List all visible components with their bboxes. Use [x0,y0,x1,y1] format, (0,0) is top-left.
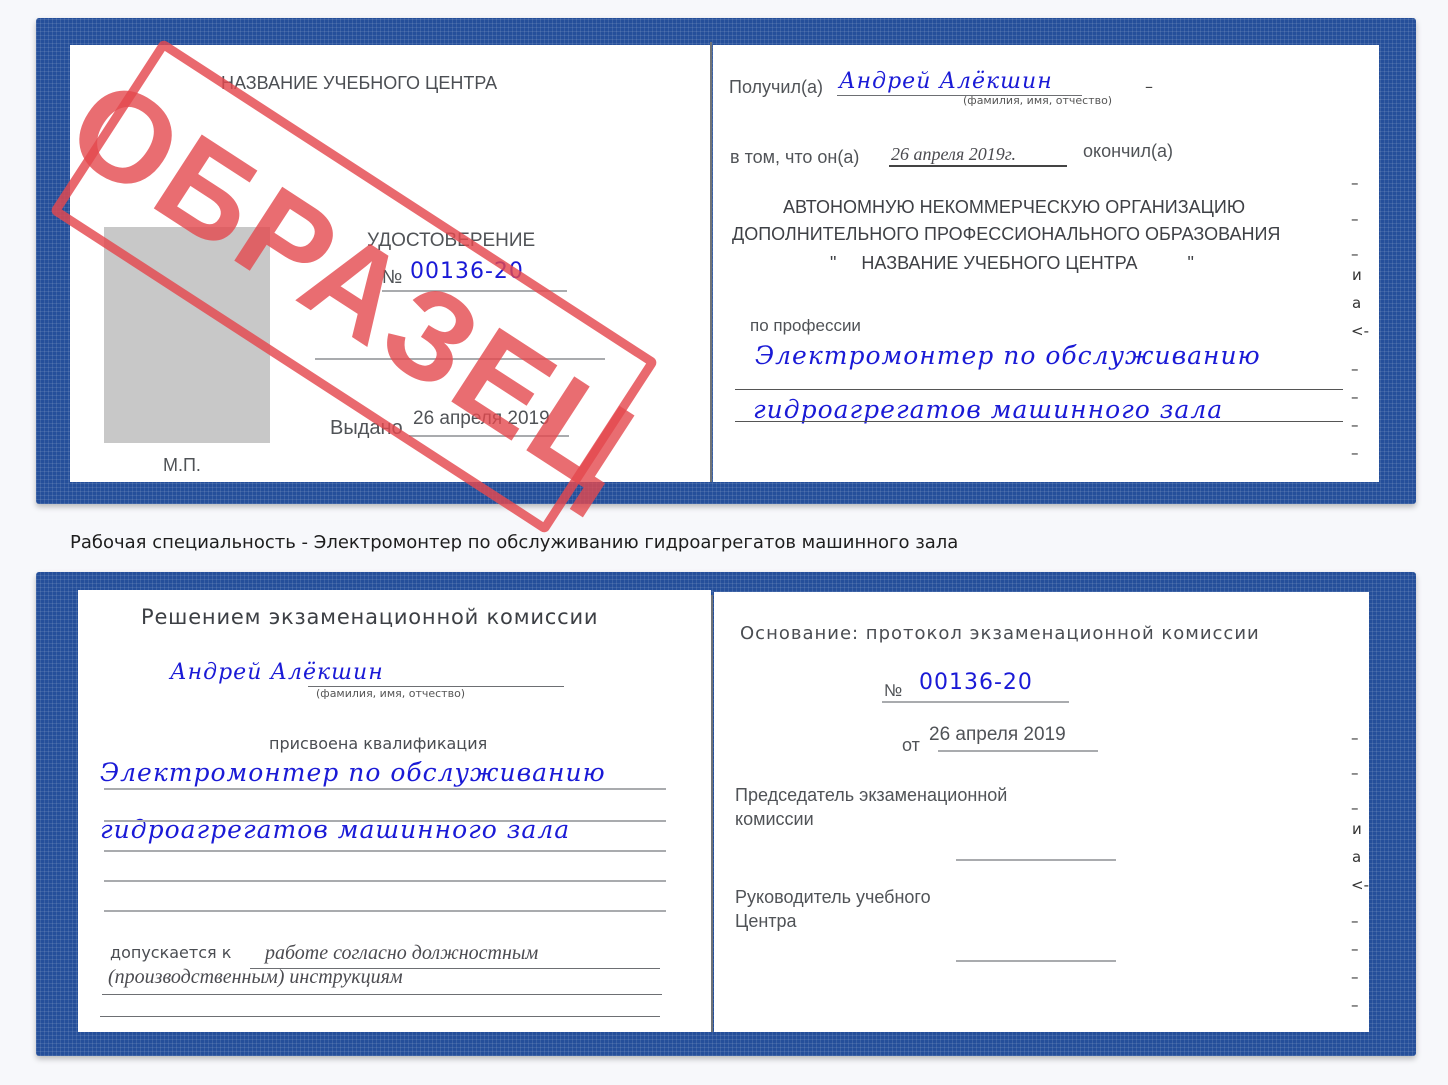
qualification-underline-2 [104,820,666,822]
blank-line-3 [104,910,666,912]
recipient-name: Андрей Алёкшин [839,69,1053,94]
top-left-page: НАЗВАНИЕ УЧЕБНОГО ЦЕНТРА УДОСТОВЕРЕНИЕ №… [70,45,711,482]
photo-placeholder [104,227,270,443]
name-hint: (фамилия, имя, отчество) [963,94,1112,107]
completed-suffix: окончил(а) [1083,141,1173,162]
edge-mark: – [1351,416,1359,434]
blank-underline [315,358,605,360]
edge-mark: <- [1351,322,1369,340]
issued-date: 26 апреля 2019 [413,408,550,430]
bottom-spine [711,595,713,1032]
protocol-date-underline [938,750,1098,752]
bottom-left-page: Решением экзаменационной комиссии Андрей… [78,590,711,1032]
top-right-page: Получил(а) Андрей Алёкшин – (фамилия, им… [713,45,1379,482]
edge-mark: – [1351,360,1359,378]
decision-heading: Решением экзаменационной комиссии [141,605,598,629]
edge-mark: – [1351,912,1359,930]
edge-mark: – [1351,996,1359,1014]
number-underline [382,290,567,292]
edge-mark: – [1351,968,1359,986]
completed-date: 26 апреля 2019г. [891,144,1016,165]
chairman-label-1: Председатель экзаменационной [735,785,1007,806]
name-hint: (фамилия, имя, отчество) [316,687,465,700]
organization-line-3: " НАЗВАНИЕ УЧЕБНОГО ЦЕНТРА " [830,253,1194,274]
document-title: УДОСТОВЕРЕНИЕ [367,230,535,252]
completed-prefix: в том, что он(а) [730,147,859,168]
edge-mark: – [1351,940,1359,958]
head-label-2: Центра [735,911,797,932]
edge-mark: – [1351,245,1359,263]
edge-mark: и [1352,820,1362,838]
received-label: Получил(а) [729,77,823,98]
profession-line-1: Электромонтер по обслуживанию [755,341,1261,370]
seal-label: М.П. [163,455,201,476]
head-signature-line [956,960,1116,962]
training-center-name: НАЗВАНИЕ УЧЕБНОГО ЦЕНТРА [221,73,497,94]
protocol-date: 26 апреля 2019 [929,724,1066,746]
edge-mark: – [1351,174,1359,192]
issued-label: Выдано [330,417,403,440]
admitted-line-1: работе согласно должностным [265,942,538,965]
blank-line-1 [104,850,666,852]
admitted-line-2: (производственным) инструкциям [108,966,403,989]
edge-mark: <- [1351,876,1369,894]
bottom-right-page: Основание: протокол экзаменационной коми… [714,592,1369,1032]
edge-mark: – [1351,210,1359,228]
number-label: № [382,267,402,289]
issued-date-underline [409,435,569,437]
profession-line-2: гидроагрегатов машинного зала [753,395,1223,424]
edge-mark: – [1351,444,1359,462]
protocol-date-label: от [902,735,920,756]
certificate-number: 00136-20 [410,259,524,284]
organization-line-2: ДОПОЛНИТЕЛЬНОГО ПРОФЕССИОНАЛЬНОГО ОБРАЗО… [732,224,1280,245]
edge-mark: – [1351,388,1359,406]
profession-underline-2 [735,421,1343,422]
protocol-number-label: № [884,681,902,701]
qualification-line-1: Электромонтер по обслуживанию [100,758,606,787]
edge-mark: а [1352,848,1361,866]
edge-mark: – [1351,729,1359,747]
completed-date-underline [889,165,1067,167]
admitted-label: допускается к [110,943,231,962]
edge-mark: – [1351,764,1359,782]
top-spine [710,42,712,482]
person-name: Андрей Алёкшин [170,660,384,685]
recipient-dash: – [1145,77,1153,96]
chairman-label-2: комиссии [735,809,814,830]
protocol-number: 00136-20 [919,670,1033,695]
blank-line-2 [104,880,666,882]
organization-line-1: АВТОНОМНУЮ НЕКОММЕРЧЕСКУЮ ОРГАНИЗАЦИЮ [783,197,1245,218]
edge-mark: а [1352,294,1361,312]
head-label-1: Руководитель учебного [735,887,931,908]
admitted-underline-3 [100,1016,660,1017]
admitted-underline-2 [102,994,662,995]
specialty-caption: Рабочая специальность - Электромонтер по… [70,532,958,553]
chairman-signature-line [956,859,1116,861]
qualification-underline-1 [104,788,666,790]
profession-label: по профессии [750,316,861,336]
profession-underline-1 [735,389,1343,390]
qualification-label: присвоена квалификация [269,734,487,753]
edge-mark: и [1352,266,1362,284]
protocol-number-underline [882,701,1069,703]
basis-heading: Основание: протокол экзаменационной коми… [740,623,1260,644]
edge-mark: – [1351,799,1359,817]
